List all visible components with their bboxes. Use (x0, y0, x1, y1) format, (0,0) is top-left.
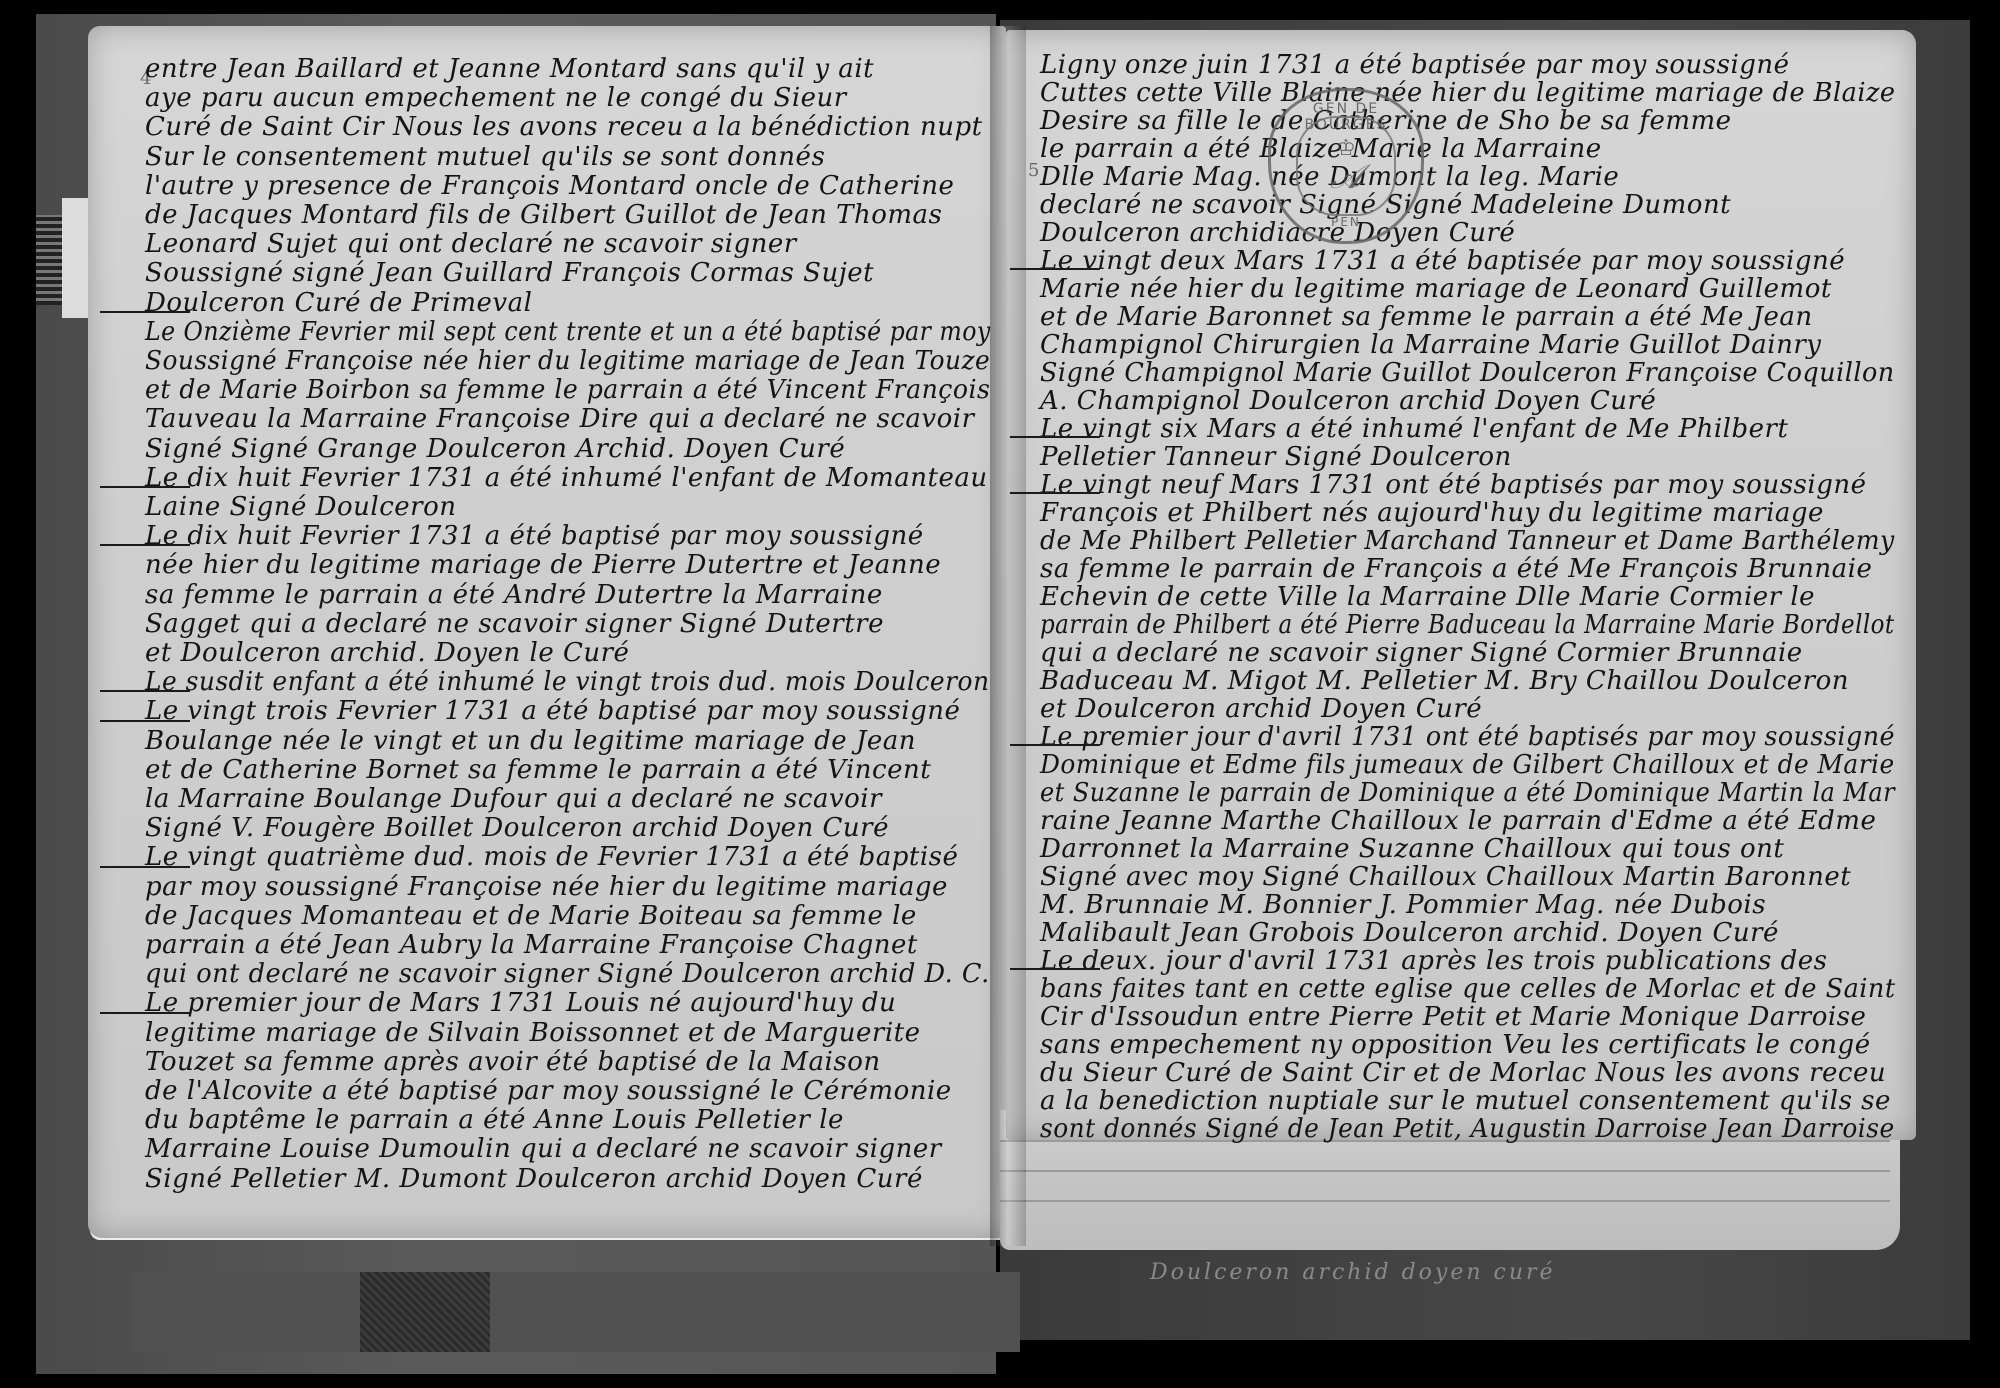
handwritten-line: Marraine Louise Dumoulin qui a declaré n… (145, 1134, 942, 1164)
page-edge-line (1000, 1200, 1890, 1202)
entry-separator-rule (100, 1012, 190, 1014)
handwritten-line: Le susdit enfant a été inhumé le vingt t… (145, 667, 989, 697)
handwritten-line: sans empechement ny opposition Veu les c… (1040, 1030, 1871, 1060)
handwritten-line: Le vingt six Mars a été inhumé l'enfant … (1040, 414, 1788, 444)
handwritten-line: Tauveau la Marraine Françoise Dire qui a… (145, 404, 975, 434)
handwritten-line: Boulange née le vingt et un du legitime … (145, 726, 916, 756)
binding-cloth-bottom (130, 1272, 1020, 1352)
entry-separator-rule (1010, 436, 1100, 438)
handwritten-line: et Doulceron archid. Doyen le Curé (145, 638, 629, 668)
handwritten-line: Sagget qui a declaré ne scavoir signer S… (145, 609, 884, 639)
handwritten-line: Marie née hier du legitime mariage de Le… (1040, 274, 1832, 304)
handwritten-line: qui ont declaré ne scavoir signer Signé … (145, 959, 990, 989)
handwritten-line: Signé avec moy Signé Chailloux Chailloux… (1040, 862, 1851, 892)
handwritten-line: Signé Signé Grange Doulceron Archid. Doy… (145, 434, 845, 464)
stamp-text-bottom: PEN (1271, 215, 1421, 229)
handwritten-line: Soussigné signé Jean Guillard François C… (145, 258, 874, 288)
handwritten-line: et de Catherine Bornet sa femme le parra… (145, 755, 931, 785)
entry-separator-rule (100, 690, 190, 692)
handwritten-line: Champignol Chirurgien la Marraine Marie … (1040, 330, 1821, 360)
handwritten-line: raine Jeanne Marthe Chailloux le parrain… (1040, 806, 1876, 836)
handwritten-line: de Jacques Montard fils de Gilbert Guill… (145, 200, 942, 230)
handwritten-line: Dominique et Edme fils jumeaux de Gilber… (1040, 750, 1895, 780)
handwritten-line: sa femme le parrain de François a été Me… (1040, 554, 1872, 584)
handwritten-line: sont donnés Signé de Jean Petit, Augusti… (1040, 1114, 1895, 1144)
handwritten-line: François et Philbert nés aujourd'huy du … (1040, 498, 1824, 528)
handwritten-line: aye paru aucun empechement ne le congé d… (145, 83, 847, 113)
handwritten-line: et Suzanne le parrain de Dominique a été… (1040, 778, 1895, 808)
handwritten-line: Signé V. Fougère Boillet Doulceron archi… (145, 813, 889, 843)
handwritten-line: Cuttes cette Ville Blaine née hier du le… (1040, 78, 1896, 108)
handwritten-line: M. Brunnaie M. Bonnier J. Pommier Mag. n… (1040, 890, 1766, 920)
entry-separator-rule (100, 544, 190, 546)
handwritten-line: du baptême le parrain a été Anne Louis P… (145, 1105, 844, 1135)
handwritten-line: Le deux. jour d'avril 1731 après les tro… (1040, 946, 1827, 976)
handwritten-line: Darronnet la Marraine Suzanne Chailloux … (1040, 834, 1784, 864)
handwritten-line: Leonard Sujet qui ont declaré ne scavoir… (145, 229, 797, 259)
handwritten-line: bans faites tant en cette eglise que cel… (1040, 974, 1896, 1004)
handwritten-line: par moy soussigné Françoise née hier du … (145, 872, 948, 902)
handwritten-line: Le vingt trois Fevrier 1731 a été baptis… (145, 696, 960, 726)
handwritten-line: de l'Alcovite a été baptisé par moy sous… (145, 1076, 952, 1106)
handwritten-line: Pelletier Tanneur Signé Doulceron (1040, 442, 1512, 472)
handwritten-line: Cir d'Issoudun entre Pierre Petit et Mar… (1040, 1002, 1866, 1032)
handwritten-line: Curé de Saint Cir Nous les avons receu a… (145, 112, 983, 142)
entry-separator-rule (1010, 268, 1100, 270)
entry-separator-rule (100, 866, 190, 868)
entry-separator-rule (100, 311, 190, 313)
binding-cloth-worn (360, 1272, 490, 1352)
handwritten-line: Soussigné Françoise née hier du legitime… (145, 346, 990, 376)
handwritten-line: née hier du legitime mariage de Pierre D… (145, 550, 941, 580)
entry-separator-rule (1010, 492, 1100, 494)
entry-separator-rule (100, 486, 190, 488)
handwritten-line: Signé Pelletier M. Dumont Doulceron arch… (145, 1164, 923, 1194)
handwritten-line: l'autre y presence de François Montard o… (145, 171, 954, 201)
document-scan: 4 5 entre Jean Baillard et Jeanne Montar… (0, 0, 2000, 1388)
handwritten-line: qui a declaré ne scavoir signer Signé Co… (1040, 638, 1803, 668)
handwritten-line: A. Champignol Doulceron archid Doyen Cur… (1040, 386, 1656, 416)
monogram-icon: 𝒜 (1330, 160, 1362, 194)
handwritten-line: Baduceau M. Migot M. Pelletier M. Bry Ch… (1040, 666, 1849, 696)
handwritten-line: Sur le consentement mutuel qu'ils se son… (145, 142, 825, 172)
handwritten-line: de Jacques Momanteau et de Marie Boiteau… (145, 901, 917, 931)
handwritten-line: parrain a été Jean Aubry la Marraine Fra… (145, 930, 918, 960)
handwritten-line: parrain de Philbert a été Pierre Baducea… (1040, 610, 1895, 640)
handwritten-line: Touzet sa femme après avoir été baptisé … (145, 1047, 881, 1077)
handwritten-line: Le dix huit Fevrier 1731 a été inhumé l'… (145, 463, 988, 493)
handwritten-line: Le Onzième Fevrier mil sept cent trente … (145, 317, 991, 347)
pencil-annotation: Doulceron archid doyen curé (1150, 1260, 1556, 1285)
book-clasp (36, 215, 62, 305)
handwritten-line: Le dix huit Fevrier 1731 a été baptisé p… (145, 521, 924, 551)
page-edge-line (1000, 1170, 1890, 1172)
handwritten-line: Le vingt quatrième dud. mois de Fevrier … (145, 842, 958, 872)
handwritten-line: Ligny onze juin 1731 a été baptisée par … (1040, 50, 1790, 80)
handwritten-line: Le premier jour de Mars 1731 Louis né au… (145, 988, 896, 1018)
handwritten-line: Malibault Jean Grobois Doulceron archid.… (1040, 918, 1779, 948)
handwritten-line: Doulceron Curé de Primeval (145, 288, 532, 318)
handwritten-line: Le vingt deux Mars 1731 a été baptisée p… (1040, 246, 1845, 276)
handwritten-line: du Sieur Curé de Saint Cir et de Morlac … (1040, 1058, 1886, 1088)
handwritten-line: et Doulceron archid Doyen Curé (1040, 694, 1482, 724)
handwritten-line: de Me Philbert Pelletier Marchand Tanneu… (1040, 526, 1895, 556)
handwritten-line: a la benediction nuptiale sur le mutuel … (1040, 1086, 1891, 1116)
handwritten-line: la Marraine Boulange Dufour qui a declar… (145, 784, 882, 814)
entry-separator-rule (1010, 744, 1100, 746)
handwritten-line: et de Marie Baronnet sa femme le parrain… (1040, 302, 1813, 332)
handwritten-line: Le vingt neuf Mars 1731 ont été baptisés… (1040, 470, 1866, 500)
handwritten-line: entre Jean Baillard et Jeanne Montard sa… (145, 54, 874, 84)
folio-number-right: 5 (1028, 160, 1039, 181)
handwritten-line: Laine Signé Doulceron (145, 492, 456, 522)
book-gutter (990, 26, 1026, 1246)
paper-tab (62, 198, 90, 318)
entry-separator-rule (1010, 968, 1100, 970)
archive-stamp: GEN DE BOURGES ♔ 𝒜 PEN (1268, 88, 1424, 244)
handwritten-line: et de Marie Boirbon sa femme le parrain … (145, 375, 990, 405)
handwritten-line: Signé Champignol Marie Guillot Doulceron… (1040, 358, 1895, 388)
handwritten-line: legitime mariage de Silvain Boissonnet e… (145, 1018, 920, 1048)
handwritten-line: sa femme le parrain a été André Dutertre… (145, 580, 883, 610)
entry-separator-rule (100, 720, 190, 722)
handwritten-line: Le premier jour d'avril 1731 ont été bap… (1040, 722, 1895, 752)
stamp-text-top: GEN DE BOURGES (1271, 101, 1421, 133)
handwritten-line: Echevin de cette Ville la Marraine Dlle … (1040, 582, 1815, 612)
